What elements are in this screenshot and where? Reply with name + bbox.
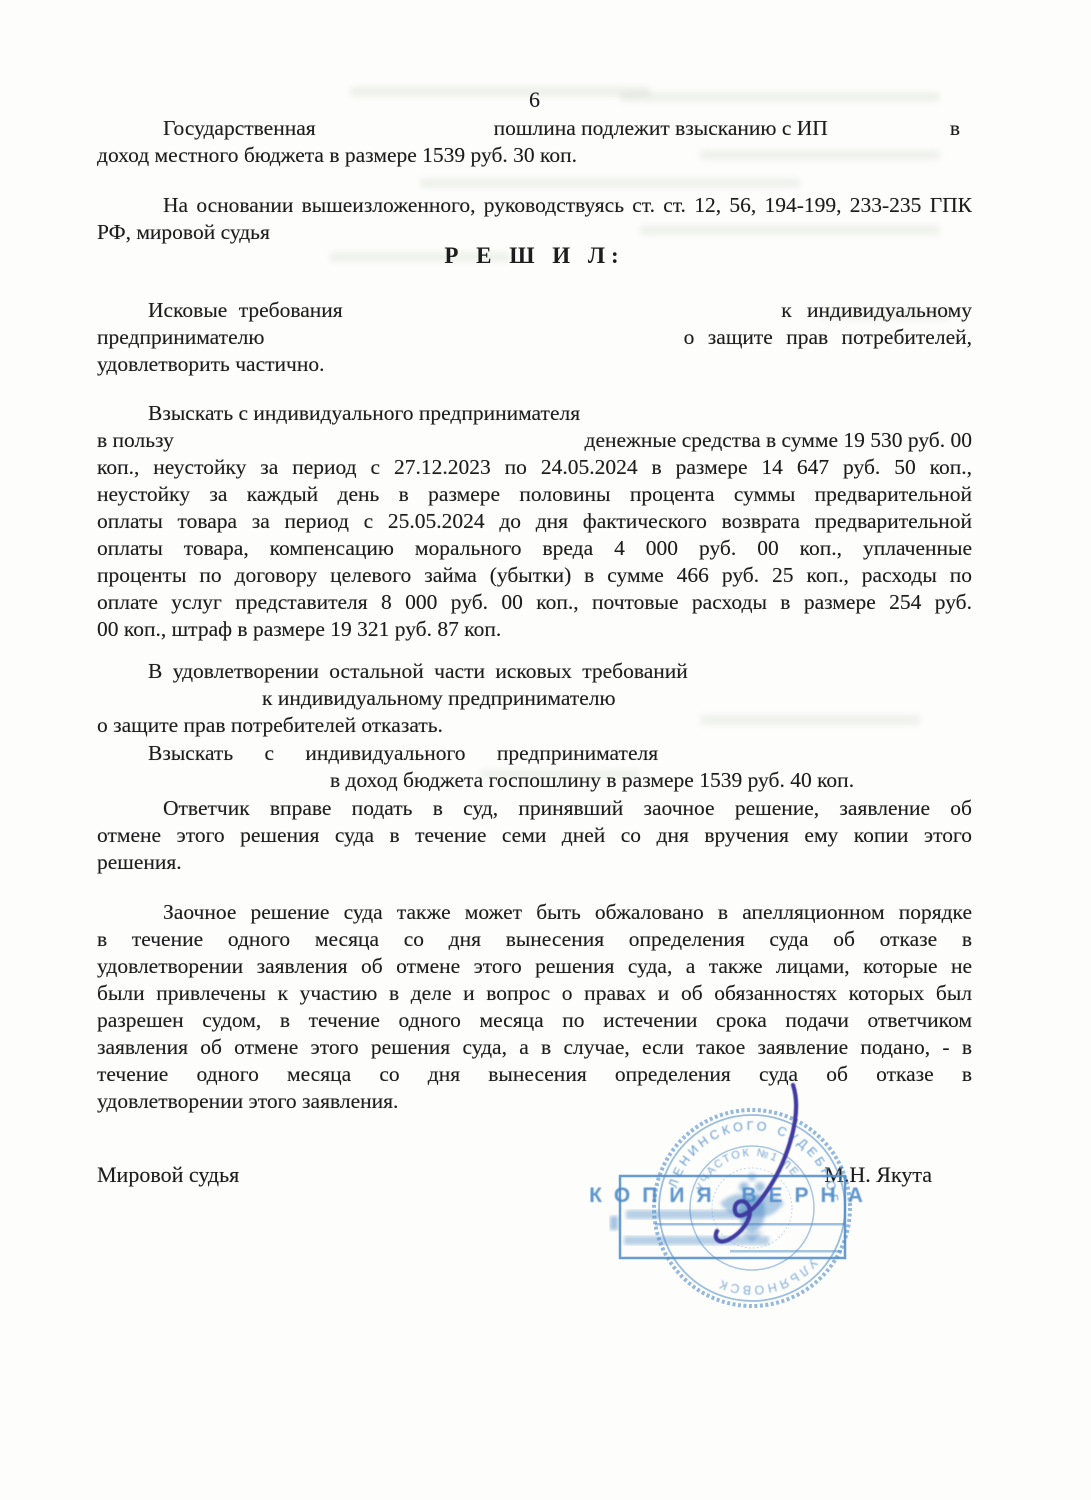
text-line: удовлетворении заявления об отмене этого… — [97, 953, 972, 980]
text-segment: Исковые требования — [148, 297, 343, 324]
text-line: РФ, мировой судья — [97, 219, 972, 246]
text-line: Взыскать с индивидуального предпринимате… — [148, 400, 972, 427]
text-line: оплаты товара, компенсацию морального вр… — [97, 535, 972, 562]
text-segment: Государственная — [163, 115, 316, 142]
text-line: в пользу денежные средства в сумме 19 53… — [97, 427, 972, 454]
paragraph-award: Взыскать с индивидуального предпринимате… — [97, 400, 972, 643]
text-line: в доход бюджета госпошлину в размере 153… — [330, 767, 972, 794]
stamp-rule-line — [655, 1223, 845, 1226]
text-line: Взыскать с индивидуального предпринимате… — [148, 740, 972, 767]
text-line: предпринимателю о защите прав потребител… — [97, 324, 972, 351]
text-line: Исковые требования к индивидуальному — [97, 297, 972, 324]
text-segment: пошлина подлежит взысканию с ИП — [494, 115, 828, 142]
text-line: оплате услуг представителя 8 000 руб. 00… — [97, 589, 972, 616]
text-line: о защите прав потребителей отказать. — [97, 712, 972, 739]
text-segment: предпринимателю — [97, 324, 264, 351]
text-segment: в пользу — [97, 427, 174, 454]
text-line: отмене этого решения суда в течение семи… — [97, 822, 972, 849]
stamp-blurred-line — [626, 1210, 751, 1219]
page-number: 6 — [97, 86, 972, 113]
text-line: были привлечены к участию в деле и вопро… — [97, 980, 972, 1007]
text-line: к индивидуальному предпринимателю — [262, 685, 972, 712]
paragraph-defendant-rights: Ответчик вправе подать в суд, принявший … — [97, 795, 972, 876]
paragraph-legal-basis: На основании вышеизложенного, руководств… — [97, 192, 972, 246]
paragraph-claims-granted: Исковые требования к индивидуальному пре… — [97, 297, 972, 378]
text-line: в течение одного месяца со дня вынесения… — [97, 926, 972, 953]
text-line: заявления об отмене этого решения суда, … — [97, 1034, 972, 1061]
text-segment: денежные средства в сумме 19 530 руб. 00 — [585, 427, 972, 454]
seal-arc-bottom-text: УЛЬЯНОВСК — [715, 1256, 820, 1297]
copy-stamp-label: КОПИЯ ВЕРНА — [590, 1184, 875, 1207]
paragraph-state-duty: Государственная пошлина подлежит взыскан… — [97, 115, 972, 169]
text-line: Государственная пошлина подлежит взыскан… — [97, 115, 972, 142]
text-line: разрешен судом, в течение одного месяца … — [97, 1007, 972, 1034]
text-line: проценты по договору целевого займа (убы… — [97, 562, 972, 589]
text-line: удовлетворить частично. — [97, 351, 972, 378]
text-line: коп., неустойку за период с 27.12.2023 п… — [97, 454, 972, 481]
text-line: В удовлетворении остальной части исковых… — [148, 658, 972, 685]
stamp-blurred-line — [624, 1236, 769, 1245]
text-line: На основании вышеизложенного, руководств… — [97, 192, 972, 219]
stamp-ink-mark — [610, 1216, 618, 1230]
text-line: Заочное решение суда также может быть об… — [97, 899, 972, 926]
court-seal-graphic: ЛЕНИНСКОГО СУДЕБНОГО УЛЬЯНОВСК УЧАСТОК №… — [590, 1070, 890, 1330]
stamp-and-signature-area: ЛЕНИНСКОГО СУДЕБНОГО УЛЬЯНОВСК УЧАСТОК №… — [590, 1070, 890, 1330]
paragraph-state-duty-award: Взыскать с индивидуального предпринимате… — [97, 740, 972, 794]
decision-heading: Р Е Ш И Л: — [97, 243, 972, 269]
text-line: решения. — [97, 849, 972, 876]
text-line: Ответчик вправе подать в суд, принявший … — [97, 795, 972, 822]
text-line: оплаты товара за период с 25.05.2024 до … — [97, 508, 972, 535]
text-segment: в — [950, 115, 960, 142]
svg-text:УЛЬЯНОВСК: УЛЬЯНОВСК — [715, 1256, 820, 1297]
text-segment: о защите прав потребителей, — [684, 324, 972, 351]
copy-stamp: КОПИЯ ВЕРНА — [590, 1176, 875, 1258]
paragraph-claims-denied: В удовлетворении остальной части исковых… — [97, 658, 972, 739]
text-segment: к индивидуальному — [781, 297, 972, 324]
text-line: 00 коп., штраф в размере 19 321 руб. 87 … — [97, 616, 972, 643]
text-line: неустойку за каждый день в размере полов… — [97, 481, 972, 508]
stamp-rule-line — [730, 1250, 842, 1253]
judge-title: Мировой судья — [97, 1160, 239, 1190]
text-line: доход местного бюджета в размере 1539 ру… — [97, 142, 972, 169]
scanned-court-decision-page: { "document": { "page_number": "6", "p1"… — [0, 0, 1091, 1500]
